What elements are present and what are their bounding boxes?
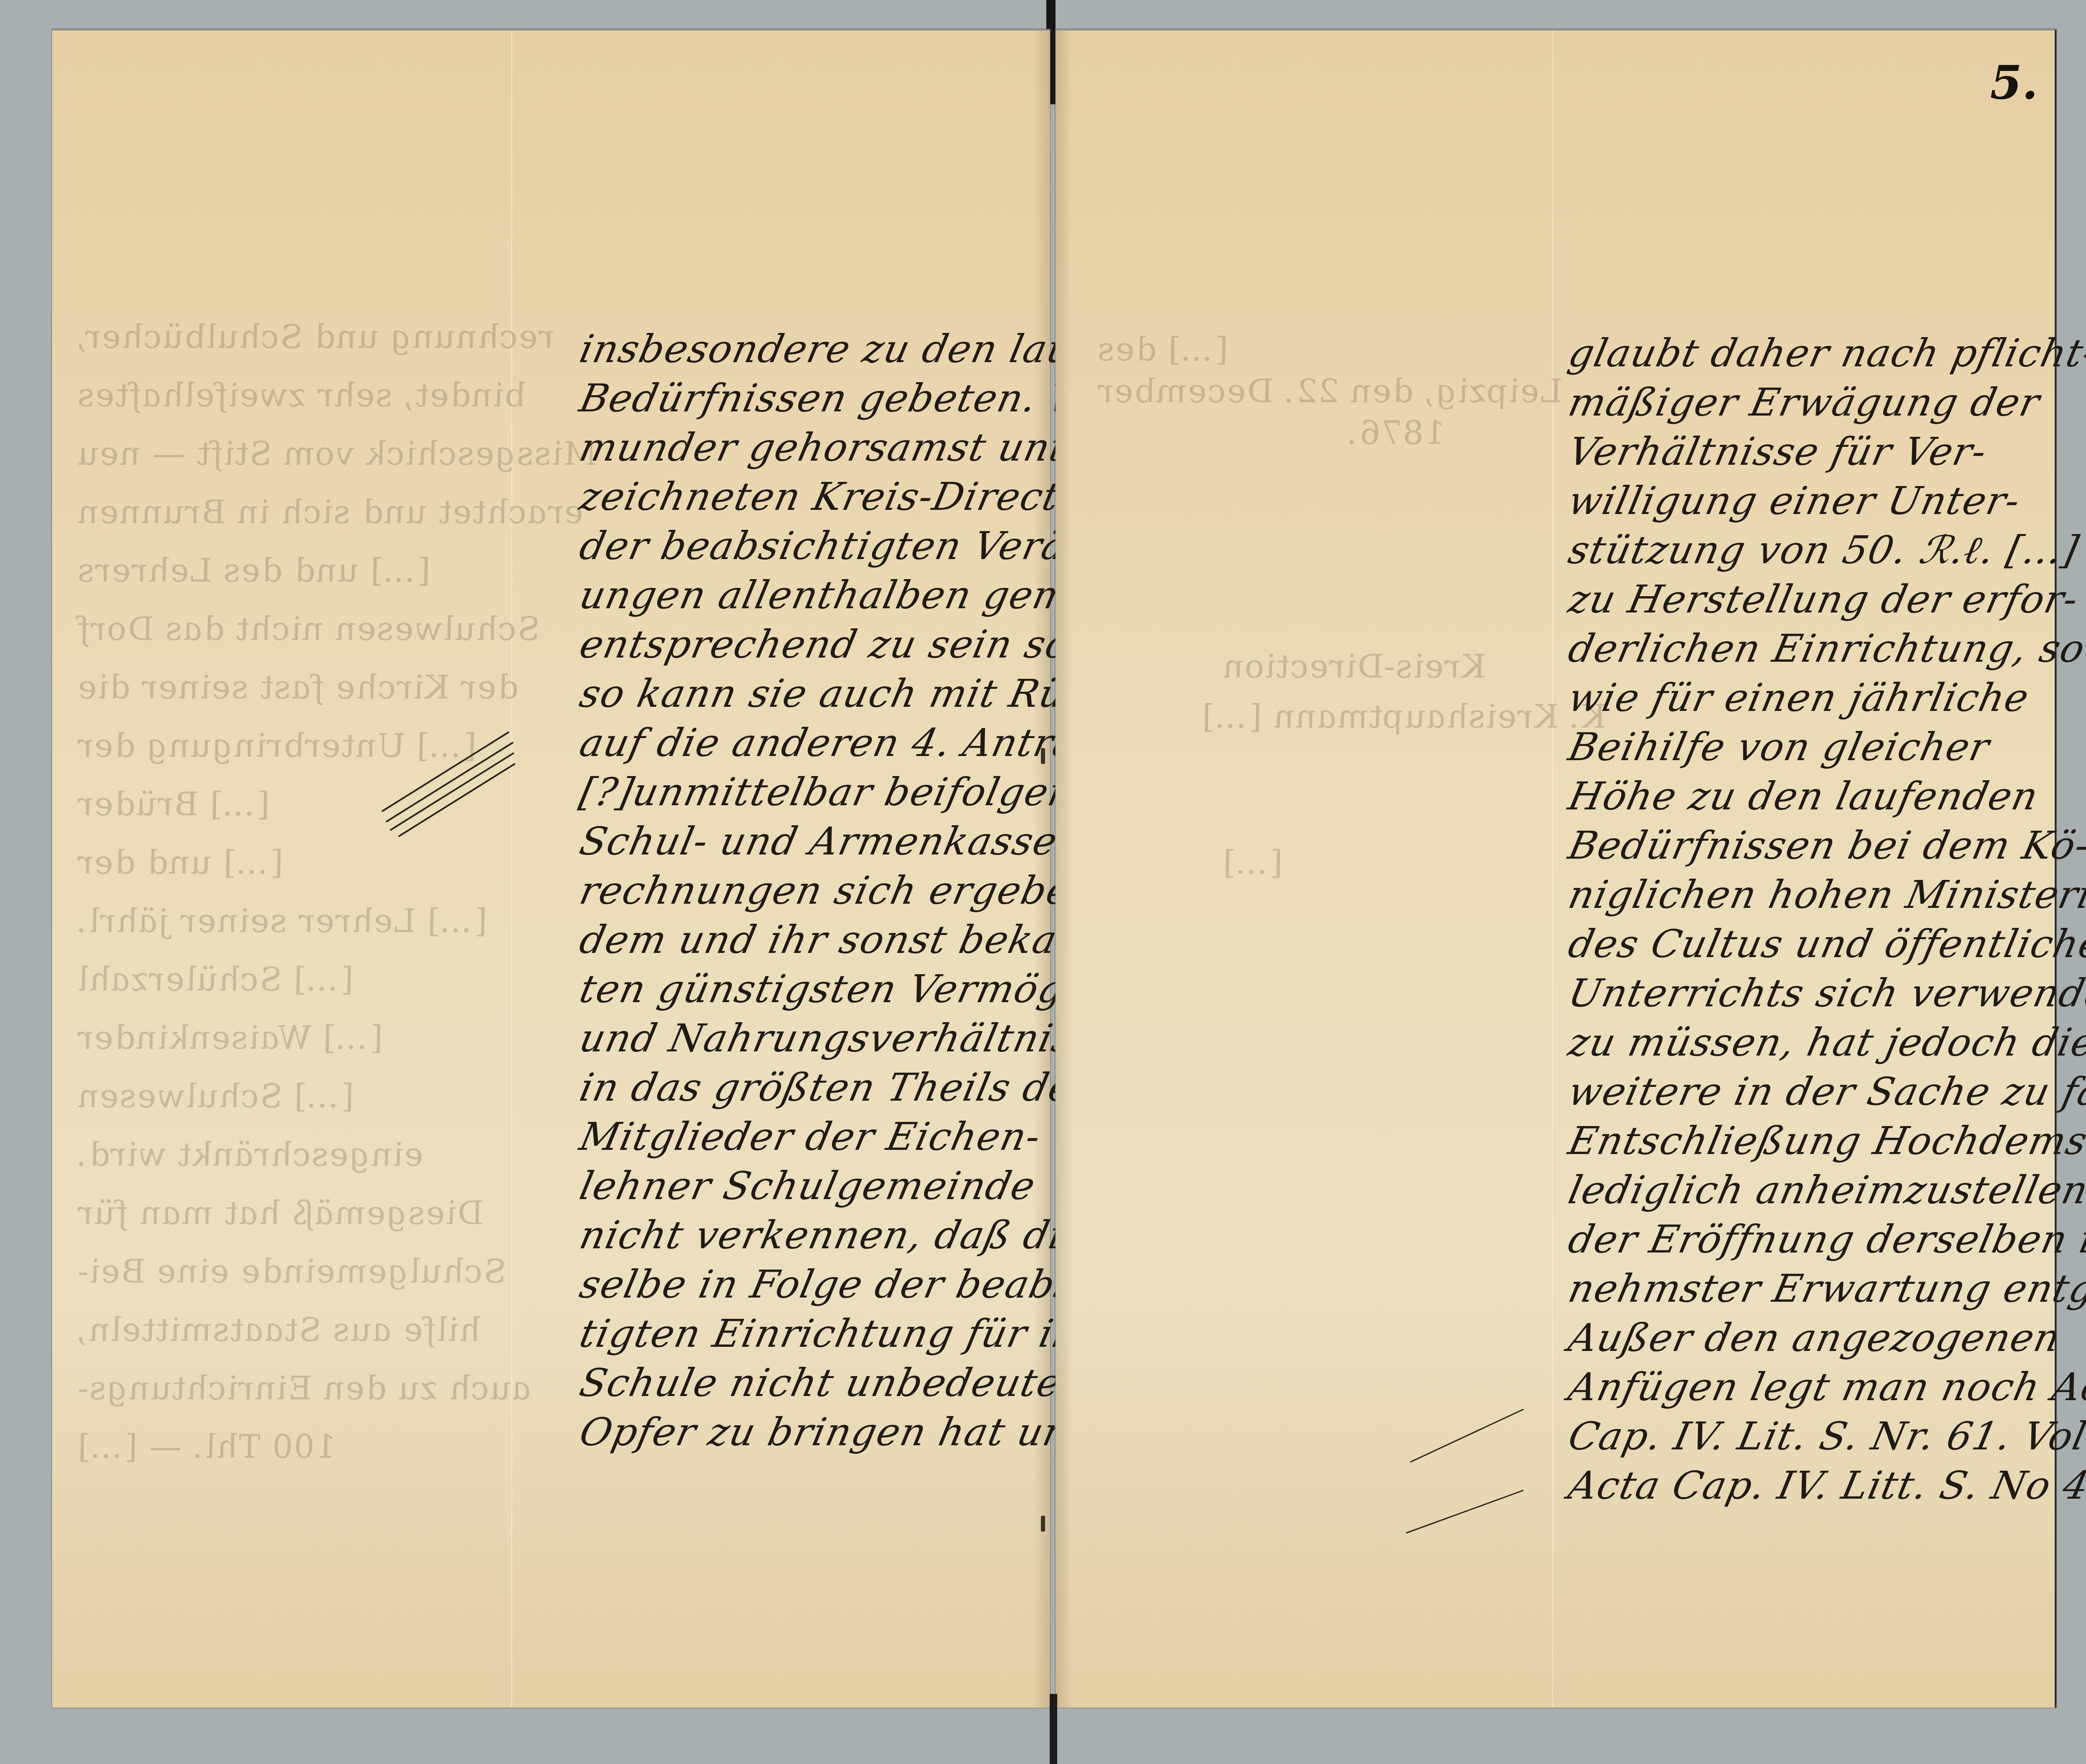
text-line: Verhältnisse für Ver- — [1564, 429, 1991, 474]
text-line: lediglich anheimzustellen und sieht — [1564, 1168, 2086, 1212]
text-line: ungen allenthalben gemäß — [576, 573, 1126, 617]
bleed-line: der Kirche fast seiner die — [73, 669, 522, 706]
text-line: Schul- und Armenkassen- — [576, 819, 1101, 864]
text-line: Beihilfe von gleicher — [1564, 725, 1994, 769]
text-line: Opfer zu bringen hat und — [576, 1410, 1099, 1454]
text-line: stützung von 50. ℛ.ℓ. […] — [1564, 528, 2083, 572]
bleed-line: […] Unterbringung der — [73, 727, 480, 765]
bleed-line: Diesgemäß hat man für — [73, 1194, 487, 1232]
paper-fold-line — [511, 30, 512, 1708]
bleed-line: rechnung und Schulbücher, — [73, 318, 558, 356]
text-line: zeichneten Kreis-Direction — [576, 474, 1127, 519]
paper-fold-line — [1552, 30, 1553, 1708]
text-line: des Cultus und öffentlichen — [1564, 922, 2086, 966]
bleed-line: 100 Thl. — […] — [73, 1428, 340, 1466]
bleed-line: bindet, sehr zweifelhaftes — [73, 377, 529, 414]
text-line: Bedürfnissen bei dem Kö- — [1564, 823, 2086, 868]
bleed-line: erachtet und sich in Brunnen — [73, 494, 587, 531]
bleed-line: hilfe aus Staatsmitteln, — [73, 1311, 484, 1349]
bleed-line: […] des — [1093, 331, 1232, 368]
left-page: rechnung und Schulbücher, bindet, sehr z… — [52, 29, 1050, 1708]
text-line: Acta Cap. IV. Litt. S. No 43. [...] — [1564, 1463, 2086, 1508]
hatch-mark — [398, 763, 516, 837]
bleed-line: […] Lehrer seiner jährl. — [73, 902, 491, 940]
margin-pointer-stroke — [1410, 1409, 1524, 1463]
gutter-shadow — [1056, 30, 1072, 1708]
binding-spine-bottom — [1050, 1694, 1057, 1764]
text-line: dem und ihr sonst bekann- — [576, 917, 1126, 962]
text-line: Mitglieder der Eichen- — [576, 1114, 1045, 1159]
bleed-line: Schulgemeinde eine Bei- — [73, 1253, 510, 1290]
bleed-line: eingeschränkt wird. — [73, 1136, 428, 1174]
bleed-line: Schulwesen nicht das Dorf — [73, 610, 544, 648]
text-line: der Eröffnung derselben in ge- — [1564, 1217, 2086, 1262]
text-line: Außer den angezogenen — [1564, 1315, 2065, 1360]
binding-stitch — [1041, 1516, 1045, 1532]
text-line: und Nahrungsverhältnisse, — [576, 1016, 1135, 1061]
bleed-line: […] Schülerzahl — [73, 961, 358, 998]
bleed-line: […] Waisenkinder — [73, 1019, 387, 1057]
bleed-line: […] und des Lehrers — [73, 552, 434, 590]
text-line: Bedürfnissen gebeten. Wie — [576, 376, 1131, 421]
text-line: willigung einer Unter- — [1564, 479, 2025, 523]
bleed-line: K. Kreishauptmann […] — [1197, 698, 1610, 736]
bleed-line: auch zu den Einrichtungs- — [73, 1370, 535, 1407]
text-line: Cap. IV. Lit. S. Nr. 61. Vol. II. und — [1564, 1414, 2086, 1459]
bleed-line: […] — [1218, 844, 1287, 882]
text-line: wie für einen jährliche — [1564, 675, 2033, 720]
text-line: zu müssen, hat jedoch die — [1564, 1020, 2086, 1065]
text-line: munder gehorsamst unter- — [576, 425, 1128, 470]
text-line: Entschließung Hochdemselben — [1564, 1119, 2086, 1163]
bleed-line: […] Schulwesen — [73, 1078, 358, 1115]
text-line: glaubt daher nach pflicht- — [1564, 331, 2086, 375]
binding-stitch — [1041, 748, 1045, 764]
text-line: rechnungen sich ergeben, — [576, 868, 1114, 913]
page-number: 5. — [1990, 55, 2038, 109]
text-line: lehner Schulgemeinde — [576, 1164, 1040, 1208]
bleed-line: […] Brüder — [73, 786, 274, 823]
text-line: niglichen hohen Ministerio — [1564, 872, 2086, 917]
text-line: nehmster Erwartung entgegen. — [1564, 1266, 2086, 1311]
bleed-line: Missgeschick vom Stift — neu — [73, 435, 601, 473]
right-page: 5. […] des Leipzig, den 22. December 187… — [1056, 29, 2056, 1708]
bleed-line: 1876. — [1343, 414, 1449, 452]
text-line: Unterrichts sich verwenden — [1564, 971, 2086, 1016]
text-line: weitere in der Sache zu fassende — [1564, 1069, 2086, 1114]
margin-pointer-stroke — [1406, 1489, 1524, 1533]
bleed-line: […] und der — [73, 844, 287, 882]
text-line: in das größten Theils der — [576, 1065, 1096, 1110]
text-line: tigten Einrichtung für ihre — [576, 1311, 1126, 1356]
text-line: derlichen Einrichtung, so — [1564, 626, 2086, 671]
bleed-line: Kreis-Direction — [1218, 648, 1489, 685]
text-line: nicht verkennen, daß die- — [576, 1213, 1105, 1257]
text-line: Höhe zu den laufenden — [1564, 774, 2043, 819]
text-line: Anfügen legt man noch Acta — [1564, 1365, 2086, 1409]
text-line: zu Herstellung der erfor- — [1564, 577, 2083, 622]
text-line: mäßiger Erwägung der — [1564, 380, 2044, 425]
bleed-line: Leipzig, den 22. December — [1093, 373, 1566, 410]
